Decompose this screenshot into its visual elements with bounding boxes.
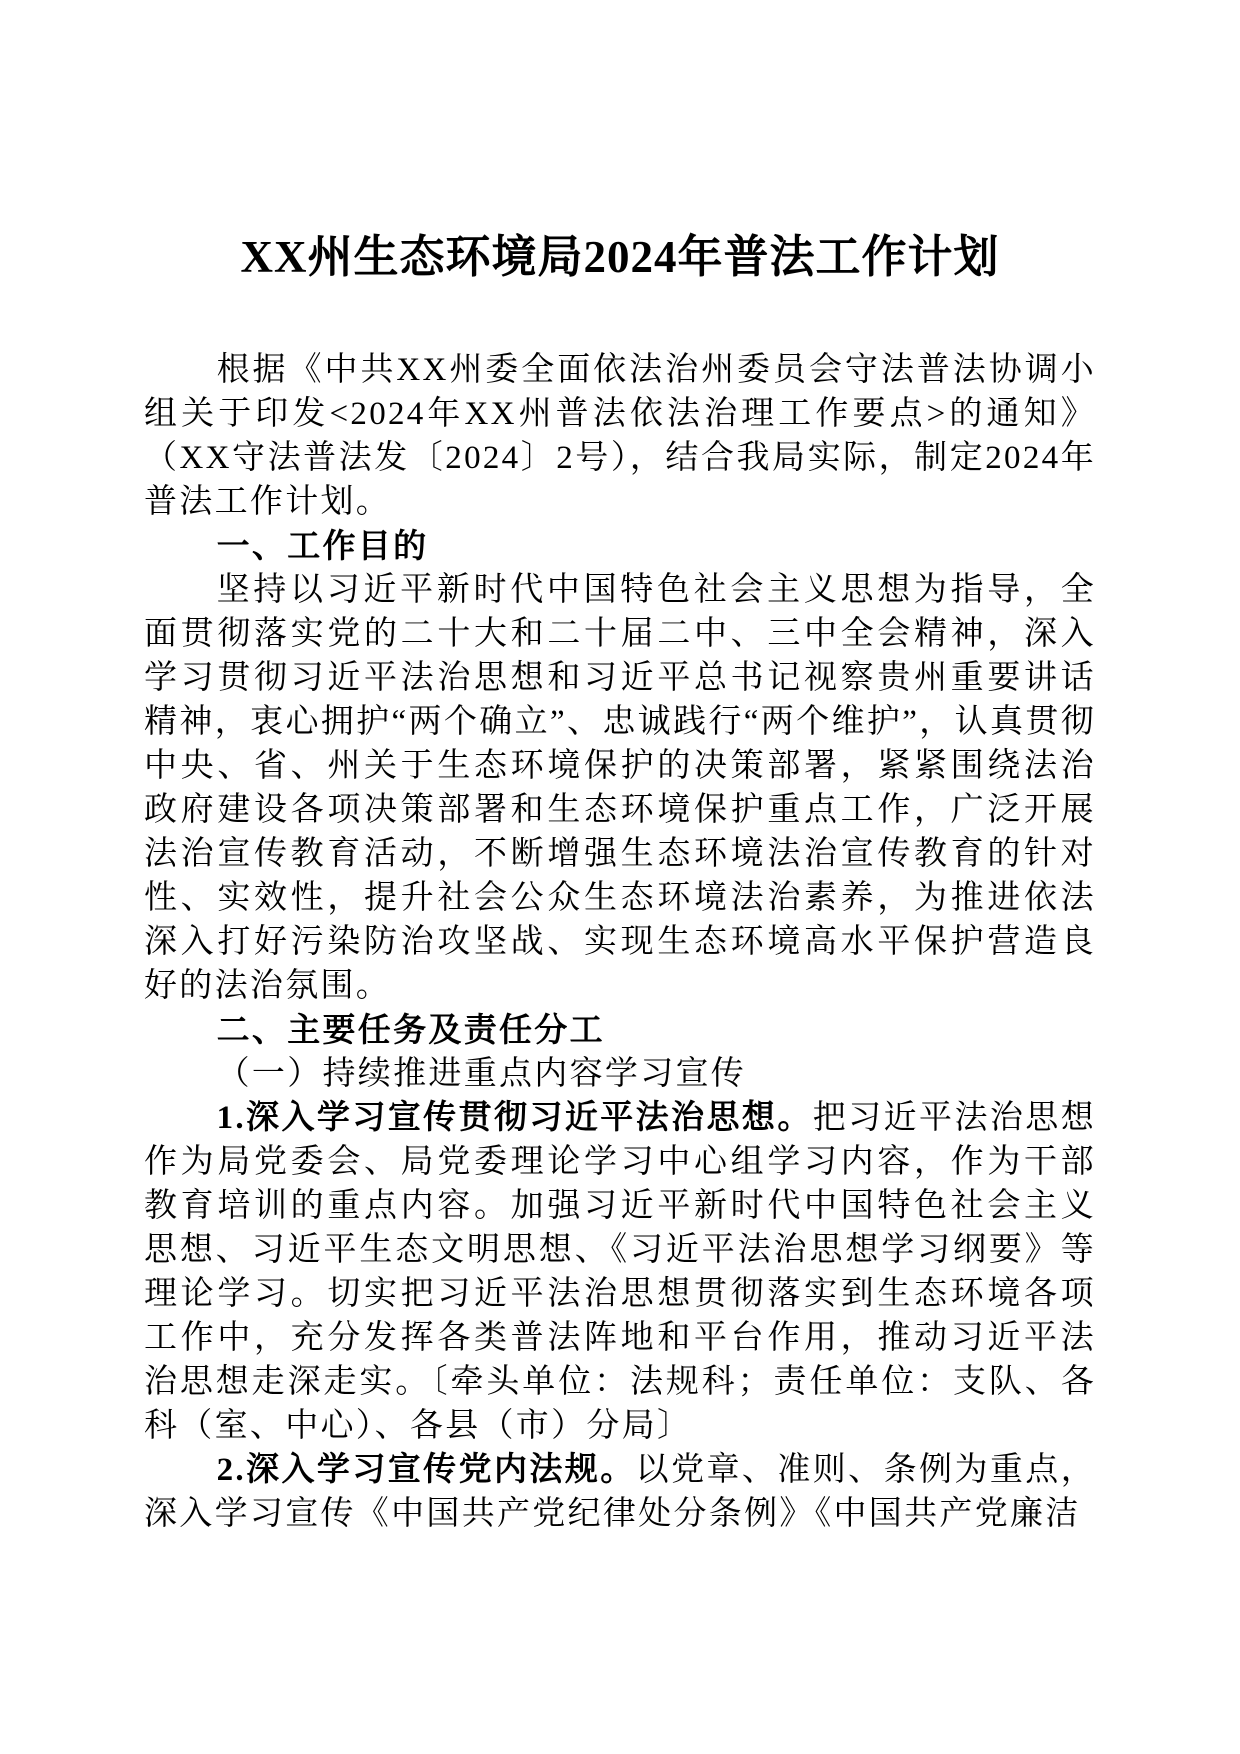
- document-body: 根据《中共XX州委全面依法治州委员会守法普法协调小组关于印发<2024年XX州普…: [144, 348, 1096, 1536]
- document-title: XX州生态环境局2024年普法工作计划: [144, 222, 1096, 292]
- section2-heading: 二、主要任务及责任分工: [144, 1008, 1096, 1052]
- document-page: XX州生态环境局2024年普法工作计划 根据《中共XX州委全面依法治州委员会守法…: [0, 0, 1240, 1754]
- item-1-lead: 1.深入学习宣传贯彻习近平法治思想。: [217, 1100, 813, 1136]
- item-2-lead: 2.深入学习宣传党内法规。: [217, 1452, 636, 1488]
- item-2-paragraph: 2.深入学习宣传党内法规。以党章、准则、条例为重点，深入学习宣传《中国共产党纪律…: [144, 1448, 1096, 1536]
- section2-subsection1-heading: （一）持续推进重点内容学习宣传: [144, 1052, 1096, 1096]
- section1-paragraph: 坚持以习近平新时代中国特色社会主义思想为指导，全面贯彻落实党的二十大和二十届二中…: [144, 568, 1096, 1008]
- section1-heading: 一、工作目的: [144, 524, 1096, 568]
- item-1-paragraph: 1.深入学习宣传贯彻习近平法治思想。把习近平法治思想作为局党委会、局党委理论学习…: [144, 1096, 1096, 1448]
- intro-paragraph: 根据《中共XX州委全面依法治州委员会守法普法协调小组关于印发<2024年XX州普…: [144, 348, 1096, 524]
- item-1-body: 把习近平法治思想作为局党委会、局党委理论学习中心组学习内容，作为干部教育培训的重…: [144, 1100, 1096, 1444]
- document-content: XX州生态环境局2024年普法工作计划 根据《中共XX州委全面依法治州委员会守法…: [0, 0, 1240, 1536]
